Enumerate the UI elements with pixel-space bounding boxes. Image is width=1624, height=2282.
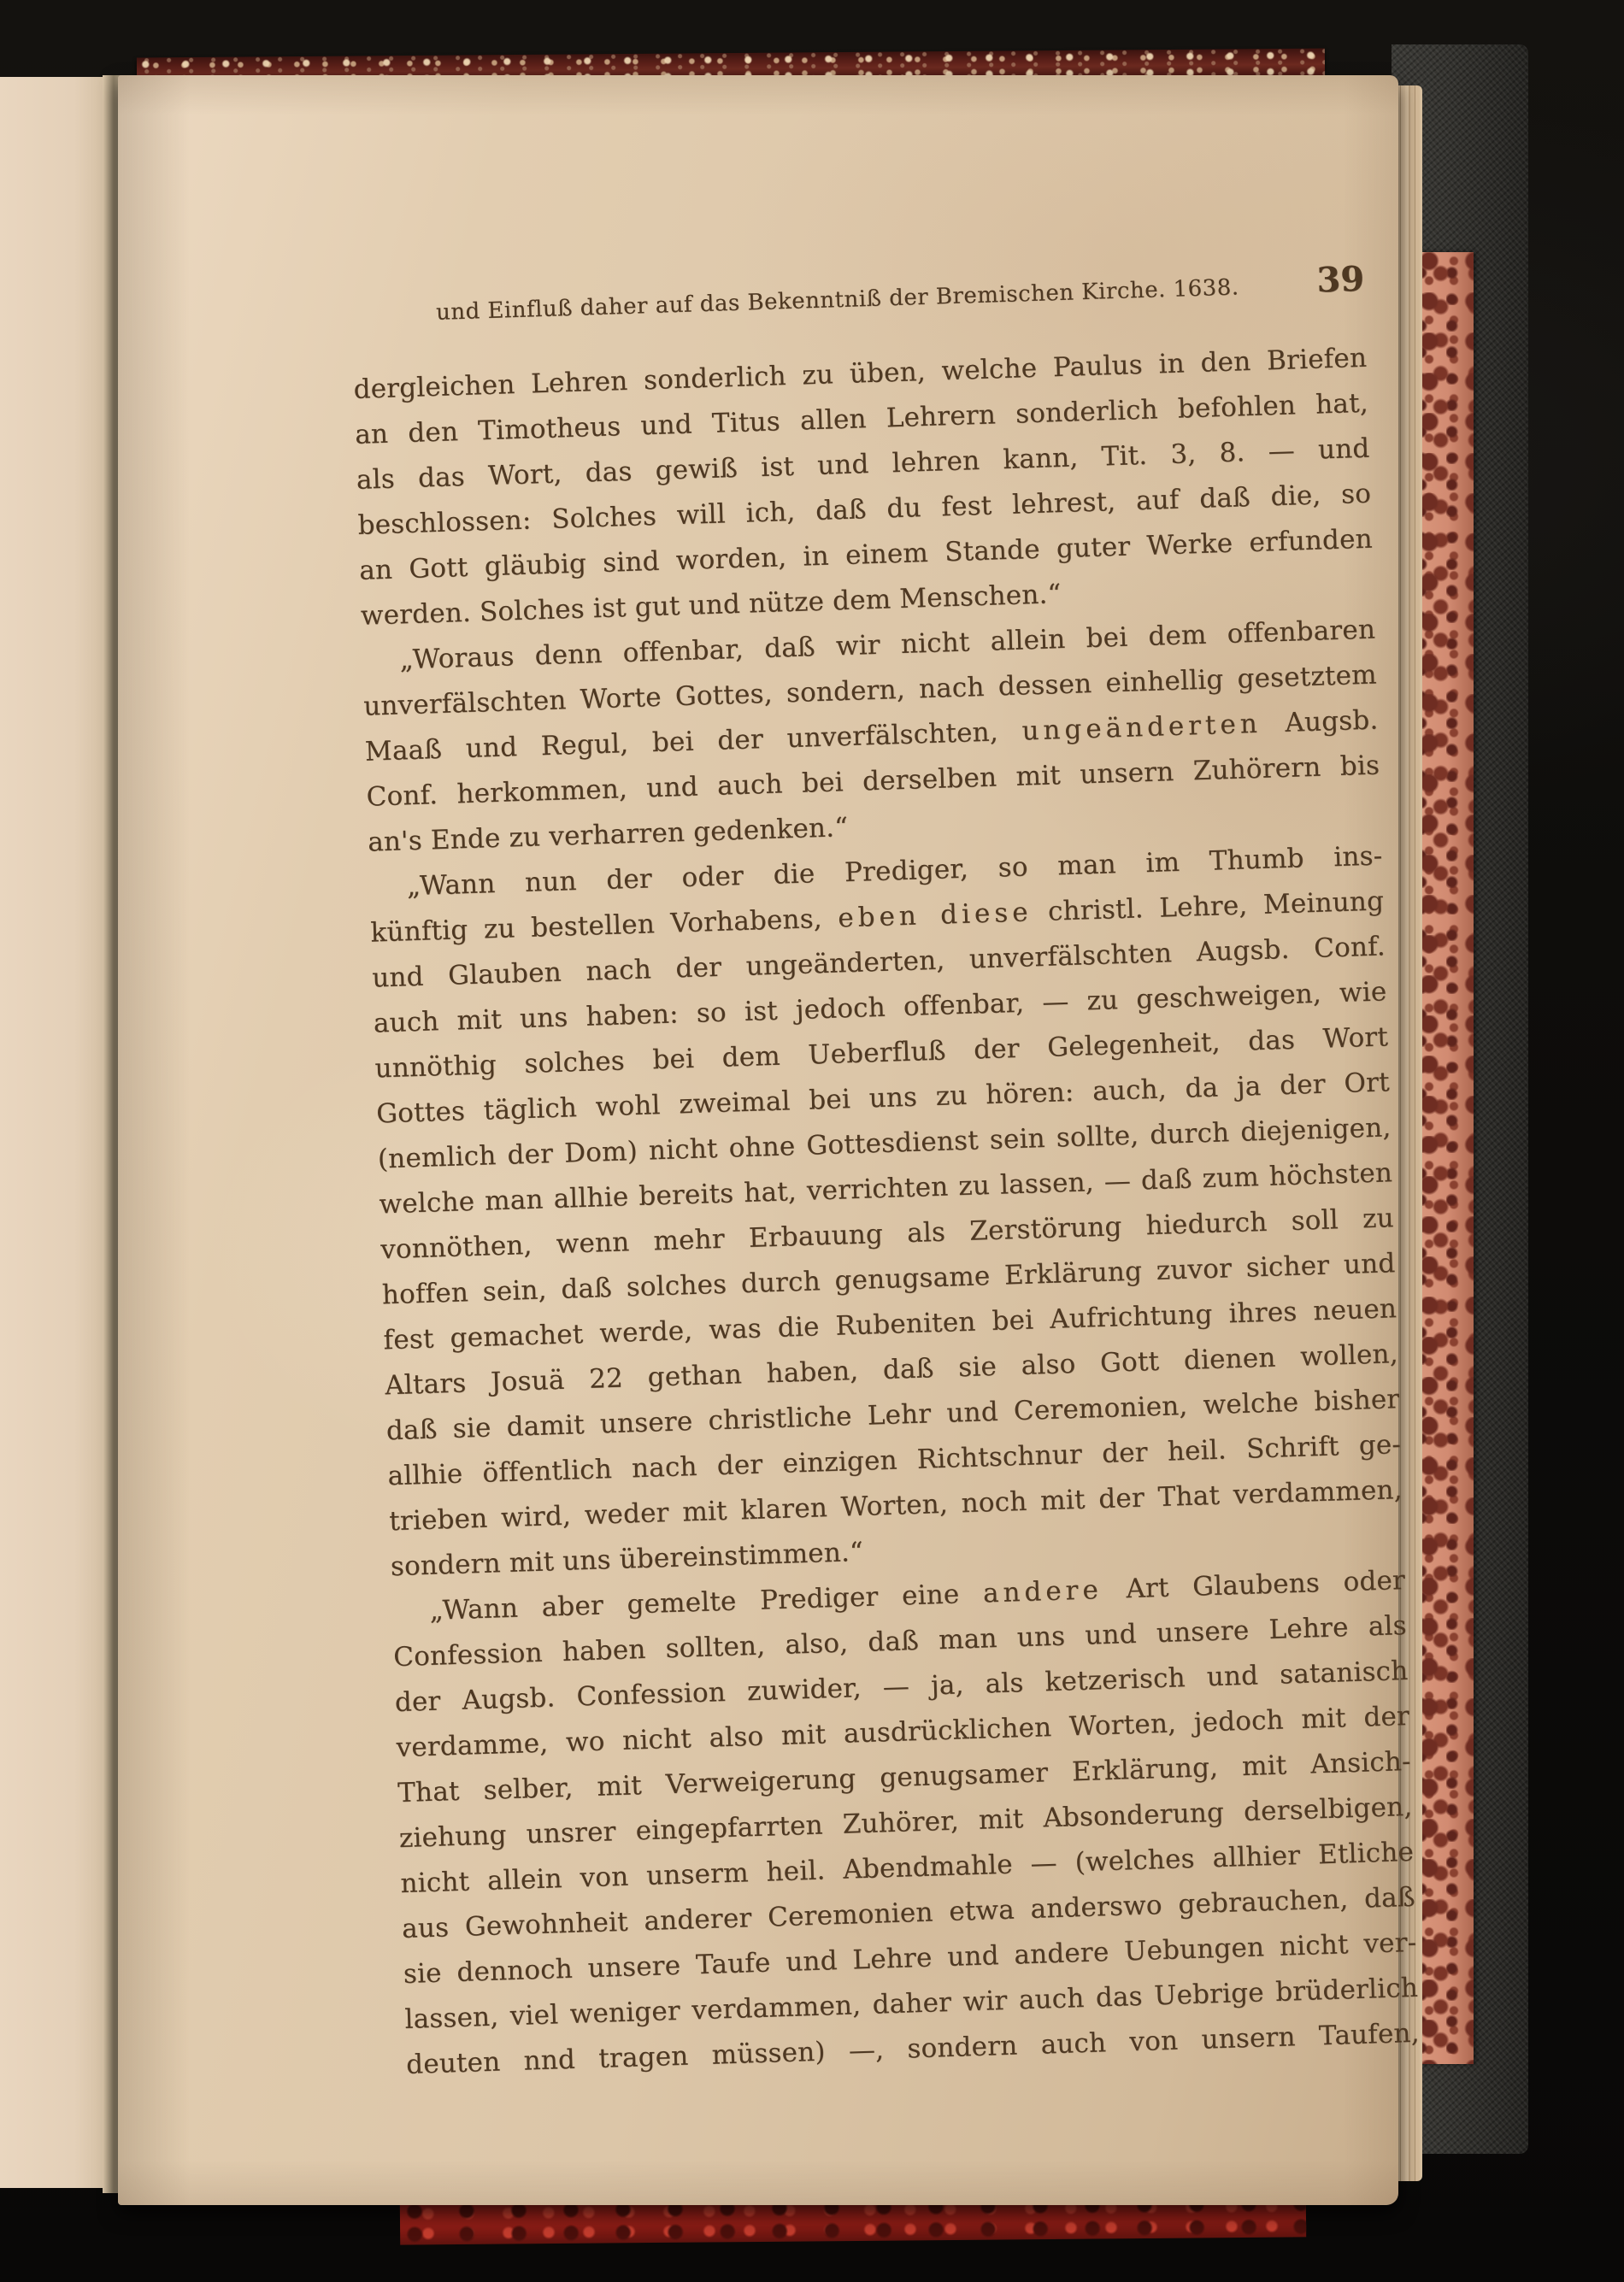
letterspaced-word: eben diese <box>838 897 1033 933</box>
marbled-cover-edge <box>1415 252 1474 2064</box>
book-page: und Einfluß daher auf das Bekenntniß der… <box>118 75 1398 2205</box>
printed-text-block: und Einfluß daher auf das Bekenntniß der… <box>350 259 1421 2088</box>
paragraph: „Wann aber gemelte Prediger eine andere … <box>391 1558 1421 2088</box>
paragraph: „Wann nun der oder die Prediger, so man … <box>368 833 1404 1590</box>
running-header-title: und Einfluß daher auf das Bekenntniß der… <box>350 273 1295 328</box>
paragraph: „Woraus denn offenbar, daß wir nicht all… <box>362 608 1382 866</box>
photo-background: und Einfluß daher auf das Bekenntniß der… <box>0 0 1624 2282</box>
facing-page-sliver <box>0 77 106 2188</box>
letterspaced-word: ungeänderten <box>1021 709 1262 747</box>
page-number: 39 <box>1316 259 1365 301</box>
letterspaced-word: andere <box>982 1574 1103 1609</box>
running-header: und Einfluß daher auf das Bekenntniß der… <box>350 259 1365 328</box>
paragraph: dergleichen Lehren sonderlich zu üben, w… <box>353 336 1374 639</box>
body-text: dergleichen Lehren sonderlich zu üben, w… <box>353 336 1421 2088</box>
